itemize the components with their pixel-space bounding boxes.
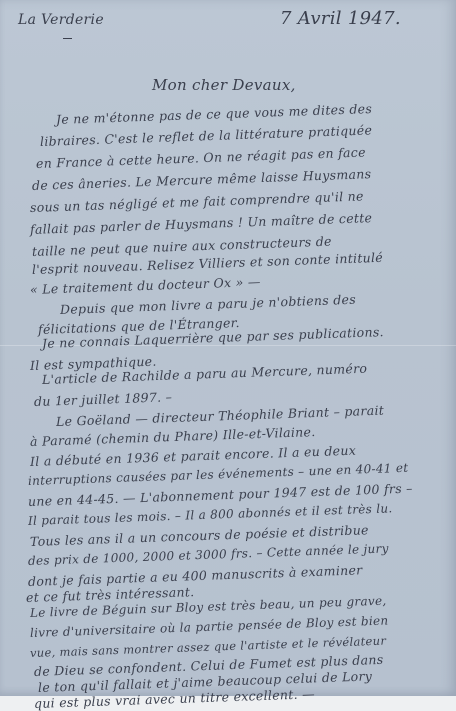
letter-date: 7 Avril 1947. xyxy=(280,8,401,29)
place-underline xyxy=(63,38,72,39)
body-line: dont je fais partie a eu 400 manuscrits … xyxy=(28,562,363,589)
body-line: « Le traitement du docteur Ox » — xyxy=(30,274,261,297)
body-line: sous un tas négligé et me fait comprendr… xyxy=(30,188,364,215)
body-line: Depuis que mon livre a paru je n'obtiens… xyxy=(60,292,356,317)
letter-place: La Verderie xyxy=(18,12,104,28)
body-line: du 1er juillet 1897. – xyxy=(34,389,173,409)
letter-salutation: Mon cher Devaux, xyxy=(152,76,296,94)
letter-page: La Verderie 7 Avril 1947. Mon cher Devau… xyxy=(0,0,456,696)
body-line: en France à cette heure. On ne réagit pa… xyxy=(36,144,366,171)
